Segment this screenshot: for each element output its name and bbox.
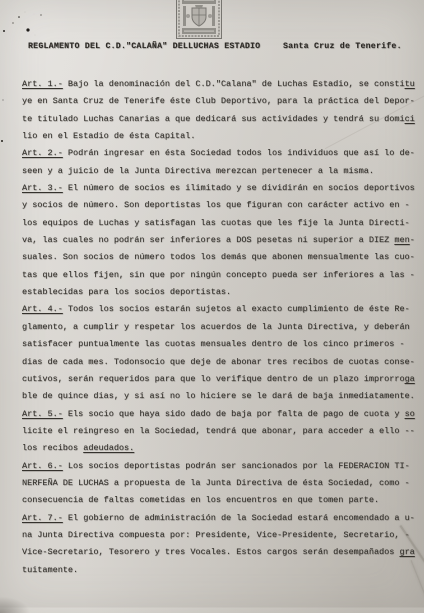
typed-line: NERFEÑA DE LUCHAS a propuesta de la Junt… xyxy=(22,475,422,492)
text-segment: Vice-Secretario, Tesorero y tres Vocales… xyxy=(22,547,399,557)
article-label: Art. 1.- xyxy=(22,79,63,89)
typed-line: satisfacer puntualmente las cuotas mensu… xyxy=(22,336,422,353)
text-segment: Los socios deportistas podrán ser sancio… xyxy=(63,461,410,471)
typed-line: Art. 3.- El número de socios es ilimitad… xyxy=(22,180,422,197)
text-segment: na Junta Directiva compuesta por: Presid… xyxy=(22,530,410,540)
text-segment: Podrán ingresar en ésta Sociedad todos l… xyxy=(63,148,415,158)
text-segment: suales. Son socios de número todos los d… xyxy=(22,252,415,262)
article-label: Art. 6.- xyxy=(22,461,63,471)
typed-line: licite el reingreso en la Sociedad, tend… xyxy=(22,423,422,440)
typed-line: glamento, a cumplir y respetar los acuer… xyxy=(22,319,422,336)
document-title: REGLAMENTO DEL C.D."CALAÑA" DELLUCHAS ES… xyxy=(28,42,260,51)
scanned-document-page: REGLAMENTO DEL C.D."CALAÑA" DELLUCHAS ES… xyxy=(0,0,424,613)
typed-line: los recibos adeudados. xyxy=(22,440,422,457)
text-segment: - xyxy=(410,235,415,245)
document-header: REGLAMENTO DEL C.D."CALAÑA" DELLUCHAS ES… xyxy=(0,42,424,56)
text-segment: satisfacer puntualmente las cuotas mensu… xyxy=(22,339,405,349)
ink-specks xyxy=(3,30,5,32)
typed-line: cutivos, serán requeridos para que lo ve… xyxy=(22,371,422,388)
typed-line: na Junta Directiva compuesta por: Presid… xyxy=(22,527,422,544)
text-segment: los equipos de Luchas y satisfagan las c… xyxy=(22,218,410,228)
document-place: Santa Cruz de Tenerife. xyxy=(283,42,402,51)
typed-line: Vice-Secretario, Tesorero y tres Vocales… xyxy=(22,544,422,561)
text-segment: dias de cada mes. Todonsocio que deje de… xyxy=(22,357,415,367)
typed-line: establecidas para los socios deportistas… xyxy=(22,284,422,301)
typed-line: ble de quince dias, y si así no lo hicie… xyxy=(22,388,422,405)
typed-line: tas que ellos fijen, sin que por ningún … xyxy=(22,267,422,284)
typed-line: seen y a juicio de la Junta Directiva me… xyxy=(22,163,422,180)
article-label: Art. 5.- xyxy=(22,409,63,419)
text-segment: y socios de número. Son deportistas los … xyxy=(22,200,410,210)
article-label: Art. 3.- xyxy=(22,183,63,193)
text-segment: so xyxy=(405,409,415,419)
text-segment: El número de socios es ilimitado y se di… xyxy=(63,183,415,193)
typed-line: te titulado Luchas Canarias a que dedica… xyxy=(22,111,422,128)
text-segment: tas que ellos fijen, sin que por ningún … xyxy=(22,270,415,280)
typed-line: Art. 2.- Podrán ingresar en ésta Socieda… xyxy=(22,145,422,162)
typed-line: tuitamente. xyxy=(22,562,422,579)
text-segment: los recibos xyxy=(22,443,83,453)
text-segment: Bajo la denominación del C.D."Calana" de… xyxy=(63,79,405,89)
text-segment: gra xyxy=(399,547,414,557)
typed-line: los equipos de Luchas y satisfagan las c… xyxy=(22,215,422,232)
article-label: Art. 2.- xyxy=(22,148,63,158)
fiscal-stamp-icon xyxy=(176,0,222,39)
text-segment: va, las cuales no podrán ser inferiores … xyxy=(22,235,394,245)
text-segment: glamento, a cumplir y respetar los acuer… xyxy=(22,322,410,332)
text-segment: men xyxy=(394,235,409,245)
typed-line: y socios de número. Son deportistas los … xyxy=(22,197,422,214)
text-segment: ble de quince dias, y si así no lo hicie… xyxy=(22,391,415,401)
text-segment: Todos los socios estarán sujetos al exac… xyxy=(63,304,410,314)
text-segment: cutivos, serán requeridos para que lo ve… xyxy=(22,374,405,384)
article-label: Art. 4.- xyxy=(22,304,63,314)
text-segment: licite el reingreso en la Sociedad, tend… xyxy=(22,426,415,436)
text-segment: ga xyxy=(405,374,415,384)
typed-line: Art. 5.- Els socio que haya sido dado de… xyxy=(22,406,422,423)
typed-line: Art. 7.- El gobierno de administración d… xyxy=(22,510,422,527)
typed-line: lio en el Estadio de ésta Capital. xyxy=(22,128,422,145)
text-segment: tuitamente. xyxy=(22,565,78,575)
text-segment: adeudados. xyxy=(83,443,134,453)
text-segment: NERFEÑA DE LUCHAS a propuesta de la Junt… xyxy=(22,478,410,488)
typed-line: Art. 6.- Los socios deportistas podrán s… xyxy=(22,458,422,475)
text-segment: tu xyxy=(405,79,415,89)
text-segment: El gobierno de administración de la Soci… xyxy=(63,513,415,523)
text-segment: ci xyxy=(405,114,415,124)
typed-line: ye en Santa Cruz de Tenerife éste Club D… xyxy=(22,93,422,110)
text-segment: lio en el Estadio de ésta Capital. xyxy=(22,131,195,141)
text-segment: te titulado Luchas Canarias a que dedica… xyxy=(22,114,405,124)
document-body: Art. 1.- Bajo la denominación del C.D."C… xyxy=(22,76,422,579)
text-segment: establecidas para los socios deportistas… xyxy=(22,287,231,297)
typed-line: dias de cada mes. Todonsocio que deje de… xyxy=(22,354,422,371)
text-segment: Els socio que haya sido dado de baja por… xyxy=(63,409,405,419)
typed-line: va, las cuales no podrán ser inferiores … xyxy=(22,232,422,249)
article-label: Art. 7.- xyxy=(22,513,63,523)
typed-line: Art. 1.- Bajo la denominación del C.D."C… xyxy=(22,76,422,93)
text-segment: seen y a juicio de la Junta Directiva me… xyxy=(22,166,374,176)
typed-line: consecuencia de faltas cometidas en los … xyxy=(22,492,422,509)
typed-line: suales. Son socios de número todos los d… xyxy=(22,249,422,266)
typed-line: Art. 4.- Todos los socios estarán sujeto… xyxy=(22,301,422,318)
text-segment: consecuencia de faltas cometidas en los … xyxy=(22,495,379,505)
text-segment: ye en Santa Cruz de Tenerife éste Club D… xyxy=(22,96,415,106)
